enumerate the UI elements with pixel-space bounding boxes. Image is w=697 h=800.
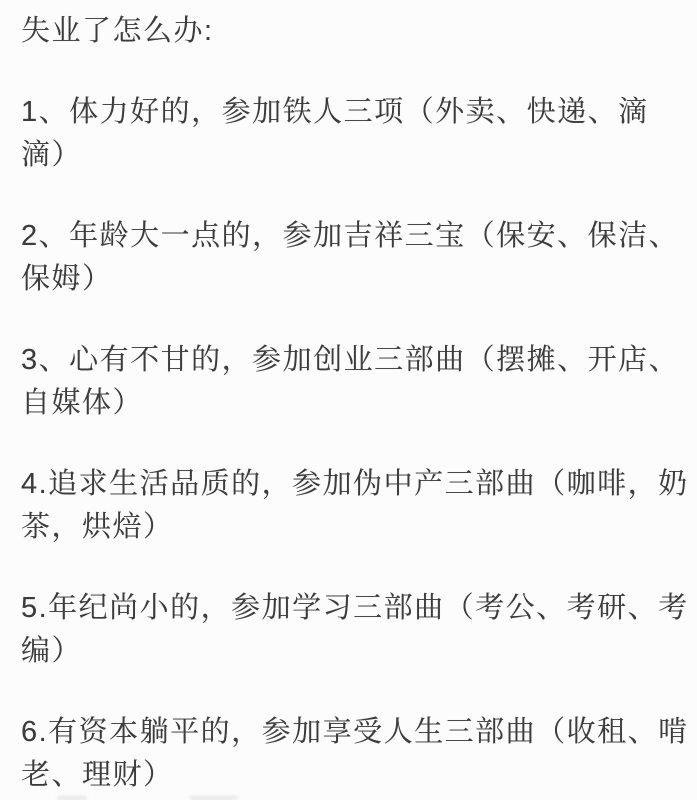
list-item-4: 4.追求生活品质的，参加伪中产三部曲（咖啡，奶 茶，烘焙） [21, 463, 673, 549]
list-item-1-line-1: 1、体力好的，参加铁人三项（外卖、快递、滴 [21, 91, 673, 134]
list-item-4-line-2: 茶，烘焙） [21, 506, 673, 549]
list-item-6: 6.有资本躺平的，参加享受人生三部曲（收租、啃 老、理财） [21, 711, 673, 797]
post-title: 失业了怎么办: [21, 10, 673, 53]
list-item-1-line-2: 滴） [21, 134, 673, 177]
list-item-5-line-1: 5.年纪尚小的，参加学习三部曲（考公、考研、考 [21, 587, 673, 630]
list-item-6-line-1: 6.有资本躺平的，参加享受人生三部曲（收租、啃 [21, 711, 673, 754]
list-item-2-line-1: 2、年龄大一点的，参加吉祥三宝（保安、保洁、 [21, 215, 673, 258]
list-item-1: 1、体力好的，参加铁人三项（外卖、快递、滴 滴） [21, 91, 673, 177]
list-item-2: 2、年龄大一点的，参加吉祥三宝（保安、保洁、 保姆） [21, 215, 673, 301]
list-item-5-line-2: 编） [21, 630, 673, 673]
list-item-2-line-2: 保姆） [21, 258, 673, 301]
list-item-4-line-1: 4.追求生活品质的，参加伪中产三部曲（咖啡，奶 [21, 463, 673, 506]
list-item-5: 5.年纪尚小的，参加学习三部曲（考公、考研、考 编） [21, 587, 673, 673]
text-post-page: 失业了怎么办: 1、体力好的，参加铁人三项（外卖、快递、滴 滴） 2、年龄大一点… [0, 0, 697, 800]
list-item-3-line-2: 自媒体） [21, 382, 673, 425]
list-item-3: 3、心有不甘的，参加创业三部曲（摆摊、开店、 自媒体） [21, 339, 673, 425]
list-item-3-line-1: 3、心有不甘的，参加创业三部曲（摆摊、开店、 [21, 339, 673, 382]
list-item-6-line-2: 老、理财） [21, 754, 673, 797]
